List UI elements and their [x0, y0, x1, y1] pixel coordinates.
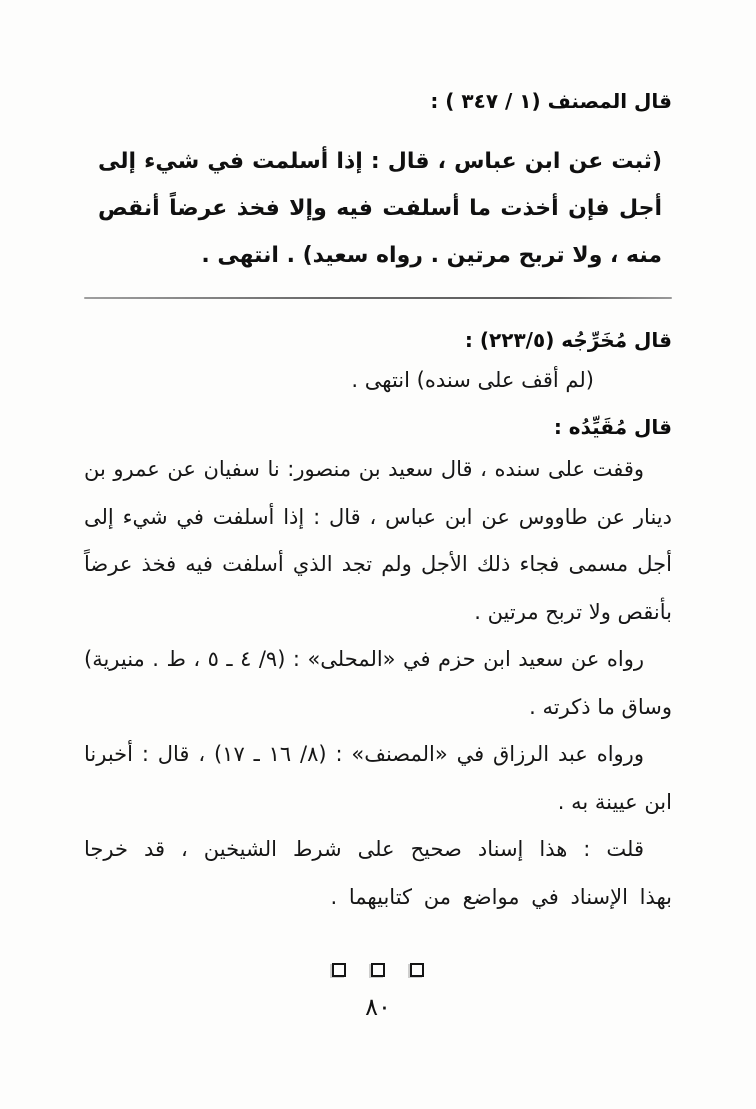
verdict-paragraph: قلت : هذا إسناد صحيح على شرط الشيخين ، ق…	[84, 826, 672, 921]
musannif-heading: قال المصنف (١ / ٣٤٧ ) :	[84, 86, 672, 116]
muhalla-citation-paragraph: رواه عن سعيد ابن حزم في «المحلى» : (٩/ ٤…	[84, 636, 672, 731]
musannaf-abdulrazzaq-citation-paragraph: ورواه عبد الرزاق في «المصنف» : (٨/ ١٦ ـ …	[84, 731, 672, 826]
footer-ornaments	[84, 963, 672, 977]
hollow-square-icon	[332, 963, 346, 977]
page-number: ٨٠	[84, 993, 672, 1021]
hollow-square-icon	[410, 963, 424, 977]
section-divider	[84, 297, 672, 299]
hollow-square-icon	[371, 963, 385, 977]
mukharrij-statement: (لم أقف على سنده) انتهى .	[84, 357, 672, 404]
mukharrij-heading: قال مُخَرِّجُه (٥‏/‏٢٢٣) :	[84, 325, 672, 355]
muqayyid-heading: قال مُقَيِّدُه :	[84, 412, 672, 442]
musannif-quote: (ثبت عن ابن عباس ، قال : إذا أسلمت في شي…	[98, 138, 662, 279]
book-page: قال المصنف (١ / ٣٤٧ ) : (ثبت عن ابن عباس…	[0, 0, 756, 1109]
isnad-paragraph: وقفت على سنده ، قال سعيد بن منصور: نا سف…	[84, 446, 672, 636]
